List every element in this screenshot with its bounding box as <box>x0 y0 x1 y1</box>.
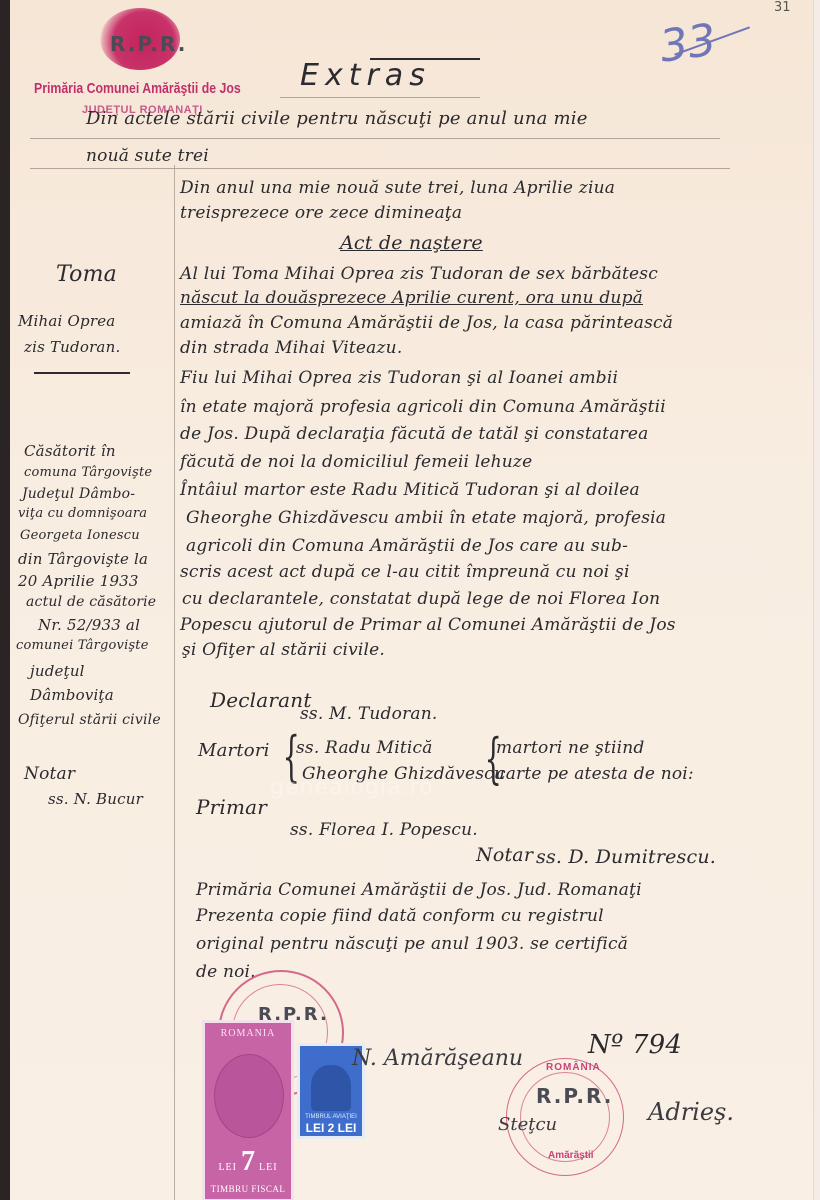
margin-marriage-line: viţa cu domnişoara <box>18 506 147 521</box>
margin-marriage-line: actul de căsătorie <box>26 594 156 610</box>
primar-name: ss. Florea I. Popescu. <box>290 820 478 840</box>
header-stamp-title: Primăria Comunei Amărăştii de Jos <box>34 80 241 97</box>
margin-marriage-line: Ofiţerul stării civile <box>18 712 161 728</box>
margin-divider <box>174 165 175 1200</box>
certification-line: Prezenta copie fiind dată conform cu reg… <box>196 906 604 926</box>
margin-marriage-line: comunei Târgovişte <box>16 638 149 653</box>
body-line: cu declarantele, constatat după lege de … <box>182 589 660 609</box>
body-line: şi Ofiţer al stării civile. <box>182 640 385 660</box>
watermark: genealogia.ro <box>270 775 434 800</box>
scan-left-edge <box>0 0 10 1200</box>
declarant-name: ss. M. Tudoran. <box>300 704 438 724</box>
witness-note-1: martori ne ştiind <box>496 738 645 758</box>
body-line: Al lui Toma Mihai Oprea zis Tudoran de s… <box>180 264 658 284</box>
body-line: agricoli din Comuna Amărăştii de Jos car… <box>186 536 628 556</box>
margin-marriage-line: Căsătorit în <box>24 442 116 460</box>
body-line: născut la douăsprezece Aprilie curent, o… <box>180 288 643 308</box>
clerk-signature: Adrieş. <box>648 1098 734 1126</box>
body-line: amiază în Comuna Amărăştii de Jos, la ca… <box>180 313 673 333</box>
body-line: făcută de noi la domiciliul femeii lehuz… <box>180 452 532 472</box>
margin-name-line-3: zis Tudoran. <box>24 338 120 356</box>
secretary-signature: Steţcu <box>498 1114 557 1135</box>
intro-line-1: Din actele stării civile pentru născuţi … <box>86 108 588 129</box>
body-line: scris acest act după ce l-au citit împre… <box>180 562 630 582</box>
scan-right-edge <box>813 0 820 1200</box>
margin-name-line-1: Toma <box>56 262 117 287</box>
margin-marriage-line: din Târgovişte la <box>18 550 148 568</box>
margin-marriage-line: 20 Aprilie 1933 <box>18 572 139 590</box>
body-line: Întâiul martor este Radu Mitică Tudoran … <box>180 480 640 500</box>
body-line: Popescu ajutorul de Primar al Comunei Am… <box>180 615 676 635</box>
margin-name-line-2: Mihai Oprea <box>18 312 115 330</box>
fiscal-stamp-currency-right: LEI <box>259 1162 278 1173</box>
date-line-2: treisprezece ore zece dimineaţa <box>180 203 462 223</box>
act-title: Act de naştere <box>340 232 483 254</box>
date-line-1: Din anul una mie nouă sute trei, luna Ap… <box>180 178 615 198</box>
mayor-signature: N. Amărăşeanu <box>352 1046 523 1071</box>
body-line: în etate majoră profesia agricoli din Co… <box>180 397 666 417</box>
round-stamp-rpr-overprint: R.P.R. <box>536 1084 613 1108</box>
ruled-line <box>30 138 720 139</box>
certification-line: original pentru născuţi pe anul 1903. se… <box>196 934 776 954</box>
witness-1: ss. Radu Mitică <box>296 738 433 758</box>
aviation-stamp-label: TIMBRUL AVIAŢIEI <box>297 1114 365 1120</box>
margin-marriage-line: Nr. 52/933 al <box>38 616 140 634</box>
fiscal-stamp-7-lei: ROMANIA LEI 7 LEI TIMBRU FISCAL <box>202 1020 294 1200</box>
ruled-line <box>280 97 480 98</box>
fiscal-stamp-country: ROMANIA <box>202 1028 294 1039</box>
margin-marriage-line: Georgeta Ionescu <box>20 528 140 543</box>
round-stamp-bottom-text: Amărăştii <box>548 1150 594 1161</box>
page-number: 31 <box>774 0 791 15</box>
body-line: Fiu lui Mihai Oprea zis Tudoran şi al Io… <box>180 368 618 388</box>
fiscal-stamp-value-row: LEI 7 LEI <box>202 1146 294 1178</box>
archive-pencil-number: 33 <box>657 14 720 72</box>
document-title: Extras <box>300 58 431 93</box>
witnesses-label: Martori <box>198 740 270 761</box>
declarant-label: Declarant <box>210 688 312 712</box>
intro-line-2: nouă sute trei <box>86 146 209 166</box>
notar-name: ss. D. Dumitrescu. <box>536 846 716 868</box>
margin-marriage-line: Judeţul Dâmbo- <box>22 486 135 502</box>
witness-note-2: carte pe atesta de noi: <box>496 764 694 784</box>
fiscal-stamp-label: TIMBRU FISCAL <box>202 1184 294 1194</box>
fiscal-stamp-value: 7 <box>241 1146 255 1177</box>
header-rpr-overprint: R.P.R. <box>110 32 187 56</box>
margin-marriage-line: comuna Târgovişte <box>24 465 152 480</box>
ruled-line <box>30 168 730 169</box>
aviation-stamp-value: LEI 2 LEI <box>297 1121 365 1135</box>
margin-notar-label: Notar <box>24 764 75 784</box>
body-line: Gheorghe Ghizdăvescu ambii în etate majo… <box>186 508 666 528</box>
body-line: de Jos. După declaraţia făcută de tatăl … <box>180 424 648 444</box>
round-stamp-top-text: ROMÂNIA <box>546 1062 601 1073</box>
margin-marriage-line: judeţul <box>30 662 85 680</box>
margin-marriage-line: Dâmboviţa <box>30 686 114 704</box>
body-line: din strada Mihai Viteazu. <box>180 338 402 358</box>
primar-label: Primar <box>196 795 267 819</box>
aviation-stamp-pilot-portrait-icon <box>311 1065 351 1111</box>
fiscal-stamp-coat-of-arms-icon <box>214 1054 284 1138</box>
certificate-number: Nº 794 <box>588 1030 682 1060</box>
margin-name-underline <box>34 372 130 374</box>
margin-notar-signature: ss. N. Bucur <box>48 790 143 808</box>
fiscal-stamp-currency-left: LEI <box>218 1162 237 1173</box>
notar-label: Notar <box>476 844 533 866</box>
document-page: 31 33 R.P.R. Primăria Comunei Amărăştii … <box>0 0 820 1200</box>
certification-line: Primăria Comunei Amărăştii de Jos. Jud. … <box>196 880 642 900</box>
